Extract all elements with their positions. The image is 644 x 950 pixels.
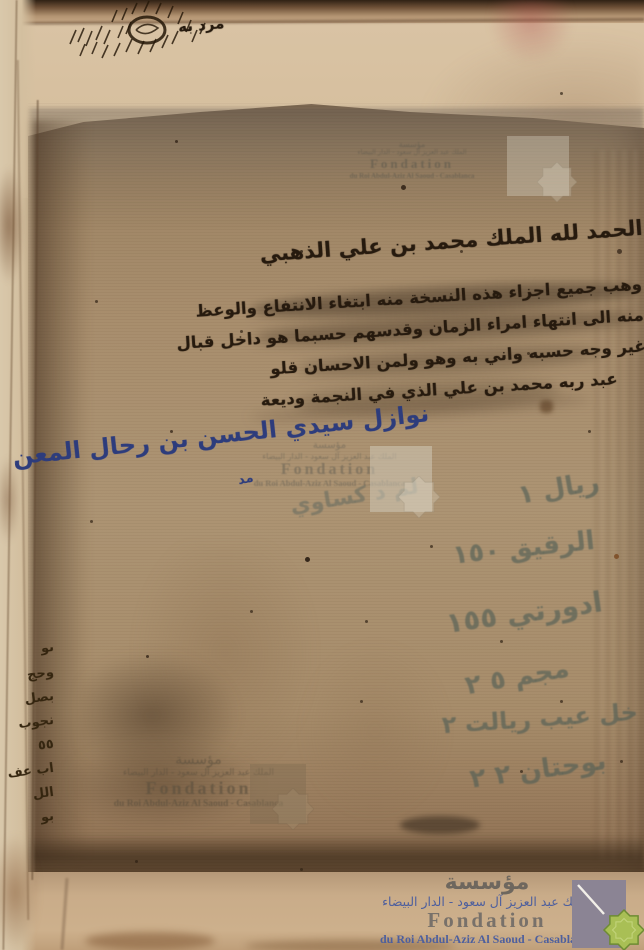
red-stain <box>488 0 574 64</box>
watermark-logo-square <box>370 446 432 512</box>
watermark-logo-square <box>250 764 306 824</box>
ink-paragraph: وهب جميع اجزاء هذه النسخة منه ابتغاء الا… <box>230 269 644 418</box>
foxing-specks <box>0 0 3 3</box>
manuscript-scan: مرد به الحمد لله الملك محمد بن علي الذهب… <box>0 0 644 950</box>
bottom-dark-band <box>28 836 644 874</box>
archive-logo <box>570 878 644 950</box>
eight-point-star-icon <box>604 910 644 950</box>
watermark-fondation: Fondation <box>322 157 502 172</box>
watermark-french-line: du Roi Abdul-Aziz Al Saoud - Casablanca <box>322 172 502 180</box>
margin-stain <box>0 835 38 950</box>
eight-point-star-icon <box>537 162 577 202</box>
edge-stain <box>85 932 215 950</box>
bottom-smudge <box>400 816 480 834</box>
watermark-logo-square <box>507 136 569 196</box>
watermark-stamp-top: مؤسسة الملك عبد العزيز آل سعود - الدار ا… <box>322 140 502 180</box>
eight-point-star-icon <box>272 788 314 830</box>
eight-point-star-icon <box>398 476 440 518</box>
